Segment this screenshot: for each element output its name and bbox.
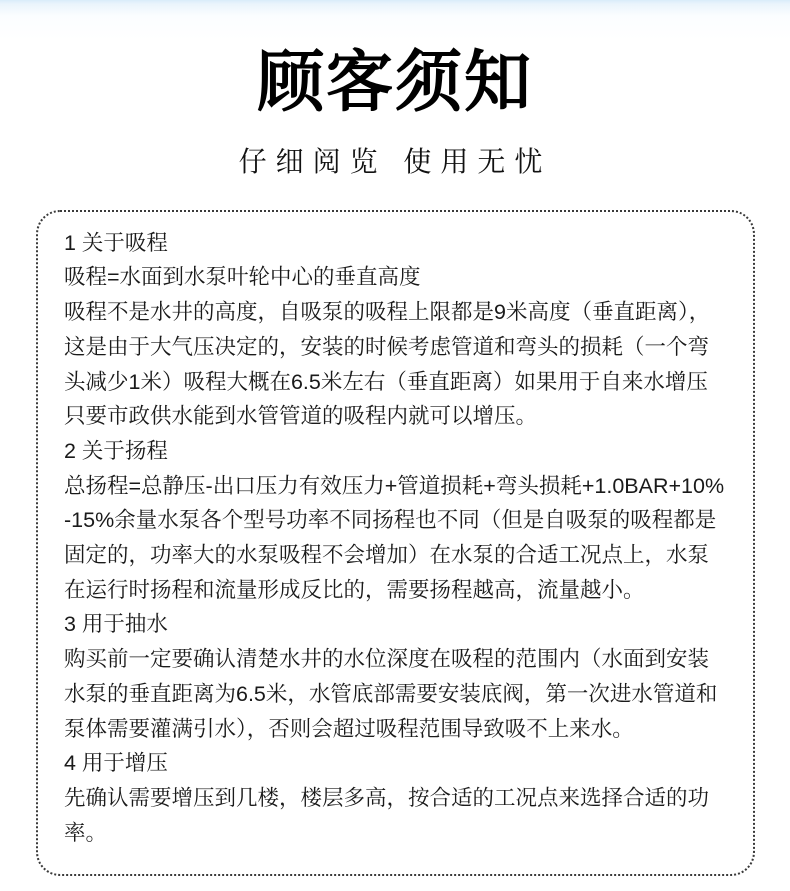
customer-notice-page: 顾客须知 仔细阅览 使用无忧 1 关于吸程 吸程=水面到水泵叶轮中心的垂直高度 … bbox=[0, 0, 790, 891]
notice-box: 1 关于吸程 吸程=水面到水泵叶轮中心的垂直高度 吸程不是水井的高度，自吸泵的吸… bbox=[36, 210, 755, 877]
section-water-pumping: 3 用于抽水 购买前一定要确认清楚水井的水位深度在吸程的范围内（水面到安装水泵的… bbox=[64, 607, 728, 746]
section-heading: 1 关于吸程 bbox=[64, 226, 728, 261]
section-paragraph: 先确认需要增压到几楼，楼层多高，按合适的工况点来选择合适的功率。 bbox=[64, 781, 728, 850]
header: 顾客须知 仔细阅览 使用无忧 bbox=[0, 0, 790, 180]
section-heading: 2 关于扬程 bbox=[64, 434, 728, 469]
section-head-lift: 2 关于扬程 总扬程=总静压-出口压力有效压力+管道损耗+弯头损耗+1.0BAR… bbox=[64, 434, 728, 608]
section-heading: 3 用于抽水 bbox=[64, 607, 728, 642]
page-title: 顾客须知 bbox=[0, 46, 790, 120]
section-heading: 4 用于增压 bbox=[64, 746, 728, 781]
page-subtitle: 仔细阅览 使用无忧 bbox=[0, 140, 790, 180]
section-paragraph: 购买前一定要确认清楚水井的水位深度在吸程的范围内（水面到安装水泵的垂直距离为6.… bbox=[64, 642, 728, 746]
section-paragraph: 吸程不是水井的高度，自吸泵的吸程上限都是9米高度（垂直距离），这是由于大气压决定… bbox=[64, 295, 728, 434]
section-paragraph: 总扬程=总静压-出口压力有效压力+管道损耗+弯头损耗+1.0BAR+10%-15… bbox=[64, 469, 728, 608]
section-suction-lift: 1 关于吸程 吸程=水面到水泵叶轮中心的垂直高度 吸程不是水井的高度，自吸泵的吸… bbox=[64, 226, 728, 434]
section-paragraph: 吸程=水面到水泵叶轮中心的垂直高度 bbox=[64, 260, 728, 295]
section-pressure-boost: 4 用于增压 先确认需要增压到几楼，楼层多高，按合适的工况点来选择合适的功率。 bbox=[64, 746, 728, 850]
